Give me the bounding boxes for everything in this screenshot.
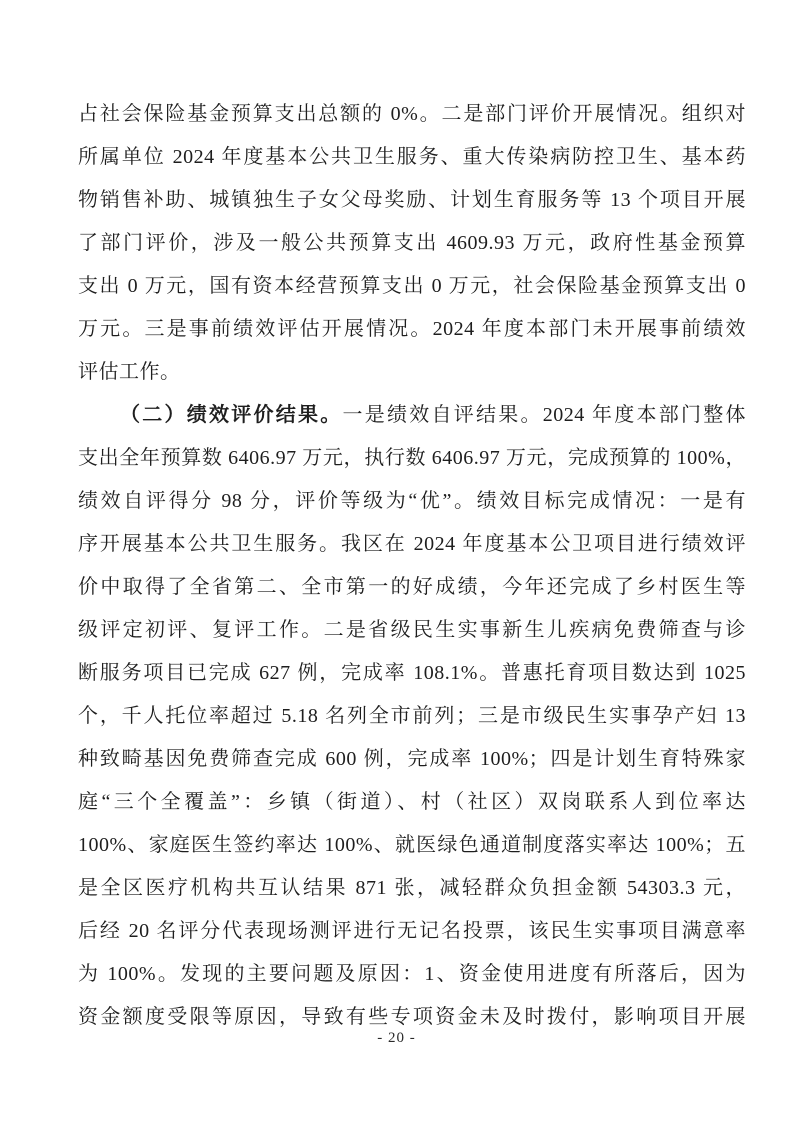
text-line: 所属单位 2024 年度基本公共卫生服务、重大传染病防控卫生、基本药	[78, 136, 746, 179]
text-line: 级评定初评、复评工作。二是省级民生实事新生儿疾病免费筛查与诊	[78, 609, 746, 652]
text-line: 支出全年预算数 6406.97 万元，执行数 6406.97 万元，完成预算的 …	[78, 437, 746, 480]
text-line: 100%、家庭医生签约率达 100%、就医绿色通道制度落实率达 100%；五	[78, 824, 746, 867]
text-line: 占社会保险基金预算支出总额的 0%。二是部门评价开展情况。组织对	[78, 93, 746, 136]
text-line: 后经 20 名评分代表现场测评进行无记名投票，该民生实事项目满意率	[78, 910, 746, 953]
text-block: 占社会保险基金预算支出总额的 0%。二是部门评价开展情况。组织对 所属单位 20…	[78, 93, 746, 1039]
text-line: 万元。三是事前绩效评估开展情况。2024 年度本部门未开展事前绩效	[78, 308, 746, 351]
text-line: （二）绩效评价结果。一是绩效自评结果。2024 年度本部门整体	[78, 394, 746, 437]
section-heading: （二）绩效评价结果。	[120, 404, 343, 426]
paragraph: （二）绩效评价结果。一是绩效自评结果。2024 年度本部门整体 支出全年预算数 …	[78, 394, 746, 1039]
text-line: 价中取得了全省第二、全市第一的好成绩，今年还完成了乡村医生等	[78, 566, 746, 609]
text-line: 个，千人托位率超过 5.18 名列全市前列；三是市级民生实事孕产妇 13	[78, 695, 746, 738]
page-number: - 20 -	[0, 1030, 793, 1047]
document-page: 占社会保险基金预算支出总额的 0%。二是部门评价开展情况。组织对 所属单位 20…	[0, 0, 793, 1122]
text-line: 了部门评价，涉及一般公共预算支出 4609.93 万元，政府性基金预算	[78, 222, 746, 265]
text-line: 物销售补助、城镇独生子女父母奖励、计划生育服务等 13 个项目开展	[78, 179, 746, 222]
text-line: 种致畸基因免费筛查完成 600 例，完成率 100%；四是计划生育特殊家	[78, 738, 746, 781]
text-line: 断服务项目已完成 627 例，完成率 108.1%。普惠托育项目数达到 1025	[78, 652, 746, 695]
text-line: 庭“三个全覆盖”：乡镇（街道）、村（社区）双岗联系人到位率达	[78, 781, 746, 824]
paragraph: 占社会保险基金预算支出总额的 0%。二是部门评价开展情况。组织对 所属单位 20…	[78, 93, 746, 394]
text-line: 为 100%。发现的主要问题及原因：1、资金使用进度有所落后，因为	[78, 953, 746, 996]
text-line: 绩效自评得分 98 分，评价等级为“优”。绩效目标完成情况：一是有	[78, 480, 746, 523]
section-lead-text: 一是绩效自评结果。2024 年度本部门整体	[343, 404, 747, 426]
text-line: 序开展基本公共卫生服务。我区在 2024 年度基本公卫项目进行绩效评	[78, 523, 746, 566]
text-line: 是全区医疗机构共互认结果 871 张，减轻群众负担金额 54303.3 元，	[78, 867, 746, 910]
text-line: 支出 0 万元，国有资本经营预算支出 0 万元，社会保险基金预算支出 0	[78, 265, 746, 308]
text-line: 评估工作。	[78, 351, 746, 394]
